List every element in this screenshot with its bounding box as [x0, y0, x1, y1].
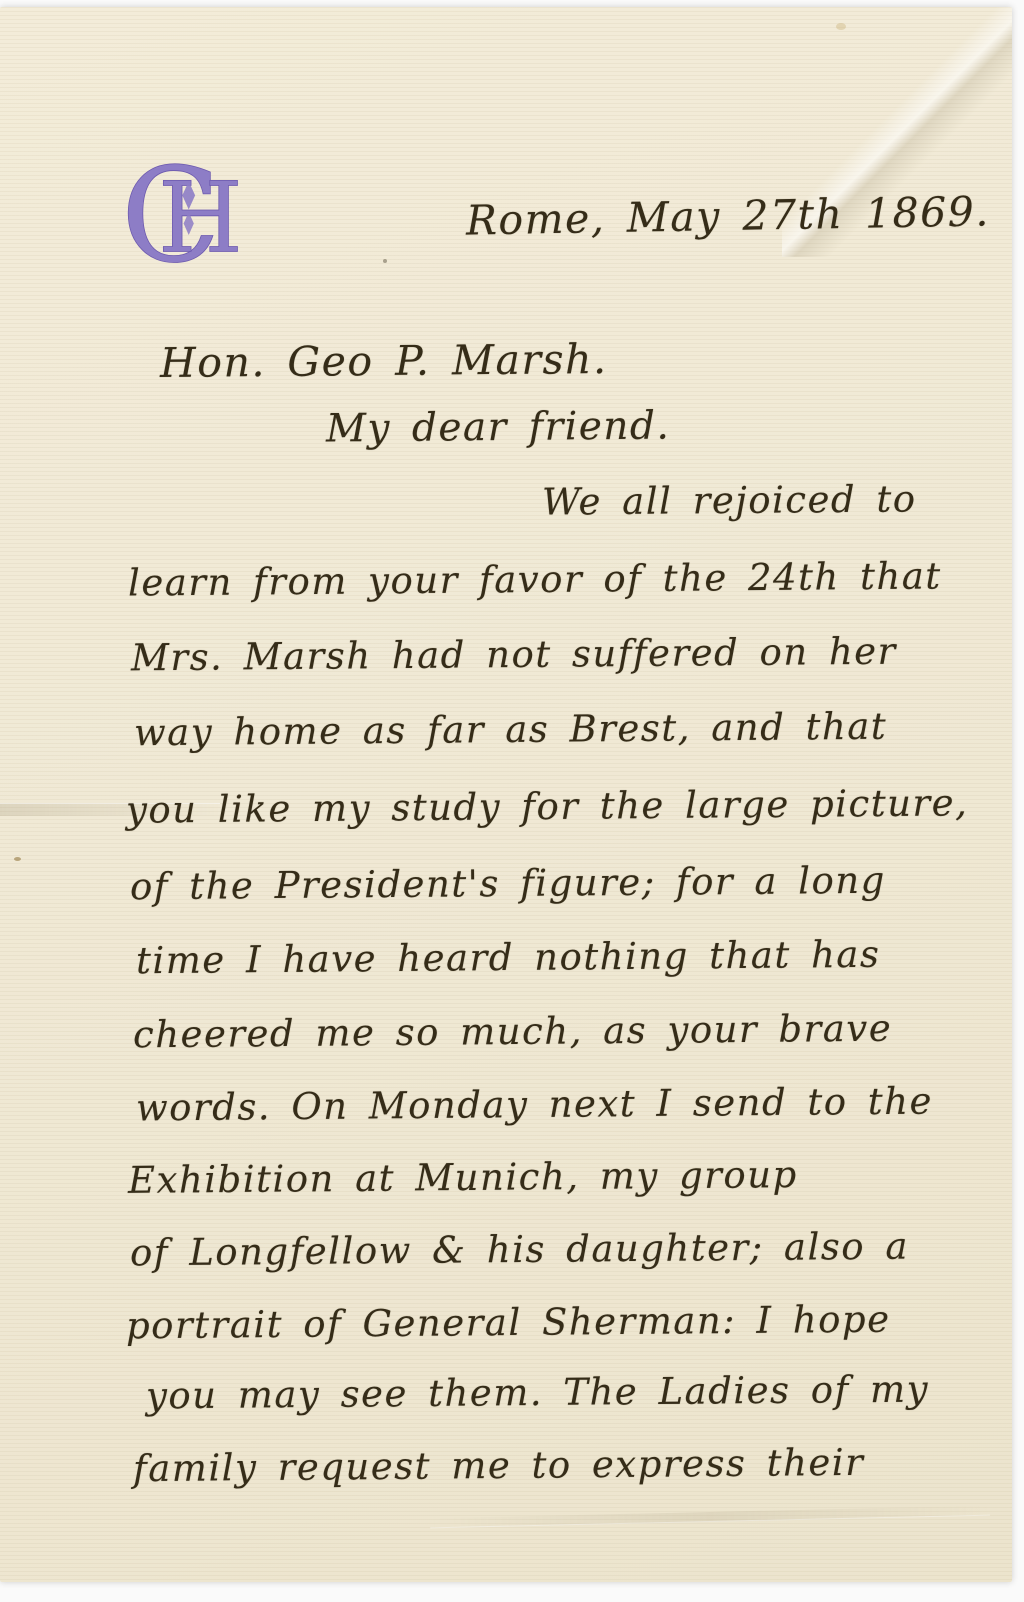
monogram-letter-h: H	[158, 162, 243, 275]
salutation-line: My dear friend.	[326, 403, 671, 451]
manuscript-line: of the President's figure; for a long	[130, 859, 886, 909]
manuscript-line: you like my study for the large picture,	[126, 781, 969, 831]
paper-speck	[836, 23, 846, 30]
dateline: Rome, May 27th 1869.	[466, 187, 991, 244]
manuscript-line: We all rejoiced to	[542, 477, 917, 523]
letter-paper: C H Rome, May 27th 1869. Hon. Geo P. Mar…	[0, 7, 1012, 1582]
manuscript-line: you may see them. The Ladies of my	[146, 1368, 929, 1418]
paper-speck	[383, 259, 387, 263]
paper-speck	[14, 857, 21, 861]
manuscript-line: cheered me so much, as your brave	[133, 1007, 892, 1057]
manuscript-line: learn from your favor of the 24th that	[128, 554, 942, 604]
manuscript-line: of Longfellow & his daughter; also a	[130, 1225, 909, 1275]
manuscript-line: way home as far as Brest, and that	[134, 705, 888, 755]
fold-crease-bottom	[430, 1506, 990, 1529]
monogram-ch-icon: C H	[126, 145, 254, 279]
manuscript-line: portrait of General Sherman: I hope	[126, 1298, 891, 1348]
scan-background: C H Rome, May 27th 1869. Hon. Geo P. Mar…	[0, 0, 1024, 1602]
manuscript-line: family request me to express their	[133, 1441, 865, 1490]
manuscript-line: Exhibition at Munich, my group	[128, 1153, 798, 1202]
manuscript-line: words. On Monday next I send to the	[136, 1080, 933, 1130]
manuscript-line: Mrs. Marsh had not suffered on her	[131, 630, 897, 680]
manuscript-line: time I have heard nothing that has	[136, 933, 881, 982]
recipient-line: Hon. Geo P. Marsh.	[160, 335, 608, 387]
